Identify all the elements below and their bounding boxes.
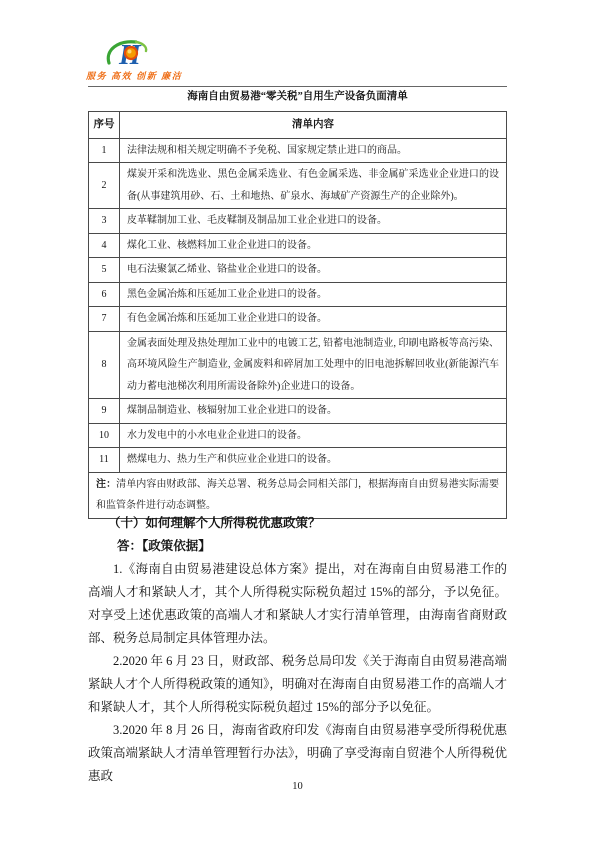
row-content: 法律法规和相关规定明确不予免税、国家规定禁止进口的商品。 bbox=[120, 138, 507, 163]
row-no: 9 bbox=[89, 399, 120, 424]
header-no: 序号 bbox=[89, 112, 120, 139]
row-no: 11 bbox=[89, 448, 120, 473]
row-no: 1 bbox=[89, 138, 120, 163]
page-number: 10 bbox=[0, 781, 595, 792]
note-text: 清单内容由财政部、海关总署、税务总局会同相关部门，根据海南自由贸易港实际需要和监… bbox=[96, 479, 499, 512]
row-content: 燃煤电力、热力生产和供应业企业进口的设备。 bbox=[120, 448, 507, 473]
policy-paragraph-3: 3.2020 年 8 月 26 日，海南省政府印发《海南自由贸易港享受所得税优惠… bbox=[88, 719, 507, 788]
row-content: 黑色金属冶炼和压延加工业企业进口的设备。 bbox=[120, 282, 507, 307]
row-content: 有色金属冶炼和压延加工业企业进口的设备。 bbox=[120, 307, 507, 332]
row-content: 电石法聚氯乙烯业、铬盐业企业进口的设备。 bbox=[120, 258, 507, 283]
header-divider bbox=[88, 86, 507, 87]
table-row: 8 金属表面处理及热处理加工业中的电镀工艺, 铅蓄电池制造业, 印刷电路板等高污… bbox=[89, 331, 507, 399]
table-row: 9 煤制品制造业、核辐射加工业企业进口的设备。 bbox=[89, 399, 507, 424]
logo-slogan: 服务 高效 创新 廉洁 bbox=[86, 69, 182, 82]
row-no: 2 bbox=[89, 163, 120, 209]
policy-paragraph-1: 1.《海南自由贸易港建设总体方案》提出，对在海南自由贸易港工作的高端人才和紧缺人… bbox=[88, 558, 507, 650]
row-no: 7 bbox=[89, 307, 120, 332]
policy-paragraph-2: 2.2020 年 6 月 23 日，财政部、税务总局印发《关于海南自由贸易港高端… bbox=[88, 650, 507, 719]
row-no: 8 bbox=[89, 331, 120, 399]
table-row: 3 皮革鞣制加工业、毛皮鞣制及制品加工业企业进口的设备。 bbox=[89, 209, 507, 234]
hainan-tax-logo-icon: H bbox=[103, 38, 161, 70]
table-row: 11 燃煤电力、热力生产和供应业企业进口的设备。 bbox=[89, 448, 507, 473]
row-no: 10 bbox=[89, 423, 120, 448]
qa-section: （十）如何理解个人所得税优惠政策？ 答：【政策依据】 1.《海南自由贸易港建设总… bbox=[88, 512, 507, 788]
row-no: 4 bbox=[89, 233, 120, 258]
row-no: 3 bbox=[89, 209, 120, 234]
note-label: 注： bbox=[96, 479, 116, 490]
row-content: 皮革鞣制加工业、毛皮鞣制及制品加工业企业进口的设备。 bbox=[120, 209, 507, 234]
table-row: 10 水力发电中的小水电业企业进口的设备。 bbox=[89, 423, 507, 448]
table-title: 海南自由贸易港“零关税”自用生产设备负面清单 bbox=[88, 90, 507, 104]
row-no: 5 bbox=[89, 258, 120, 283]
table-row: 4 煤化工业、核燃料加工业企业进口的设备。 bbox=[89, 233, 507, 258]
table-row: 7 有色金属冶炼和压延加工业企业进口的设备。 bbox=[89, 307, 507, 332]
header-content: 清单内容 bbox=[120, 112, 507, 139]
table-header-row: 序号 清单内容 bbox=[89, 112, 507, 139]
table-row: 5 电石法聚氯乙烯业、铬盐业企业进口的设备。 bbox=[89, 258, 507, 283]
row-content: 煤制品制造业、核辐射加工业企业进口的设备。 bbox=[120, 399, 507, 424]
row-content: 煤化工业、核燃料加工业企业进口的设备。 bbox=[120, 233, 507, 258]
table-row: 1 法律法规和相关规定明确不予免税、国家规定禁止进口的商品。 bbox=[89, 138, 507, 163]
row-content: 金属表面处理及热处理加工业中的电镀工艺, 铅蓄电池制造业, 印刷电路板等高污染、… bbox=[120, 331, 507, 399]
table-row: 2 煤炭开采和洗选业、黑色金属采选业、有色金属采选、非金属矿采选业企业进口的设备… bbox=[89, 163, 507, 209]
row-no: 6 bbox=[89, 282, 120, 307]
table-row: 6 黑色金属冶炼和压延加工业企业进口的设备。 bbox=[89, 282, 507, 307]
row-content: 水力发电中的小水电业企业进口的设备。 bbox=[120, 423, 507, 448]
negative-list-table: 序号 清单内容 1 法律法规和相关规定明确不予免税、国家规定禁止进口的商品。 2… bbox=[88, 111, 507, 519]
row-content: 煤炭开采和洗选业、黑色金属采选业、有色金属采选、非金属矿采选业企业进口的设备(从… bbox=[120, 163, 507, 209]
document-page: H 服务 高效 创新 廉洁 海南自由贸易港“零关税”自用生产设备负面清单 序号 … bbox=[0, 0, 595, 841]
question-heading: （十）如何理解个人所得税优惠政策？ bbox=[88, 512, 507, 535]
answer-label: 答：【政策依据】 bbox=[88, 535, 507, 558]
